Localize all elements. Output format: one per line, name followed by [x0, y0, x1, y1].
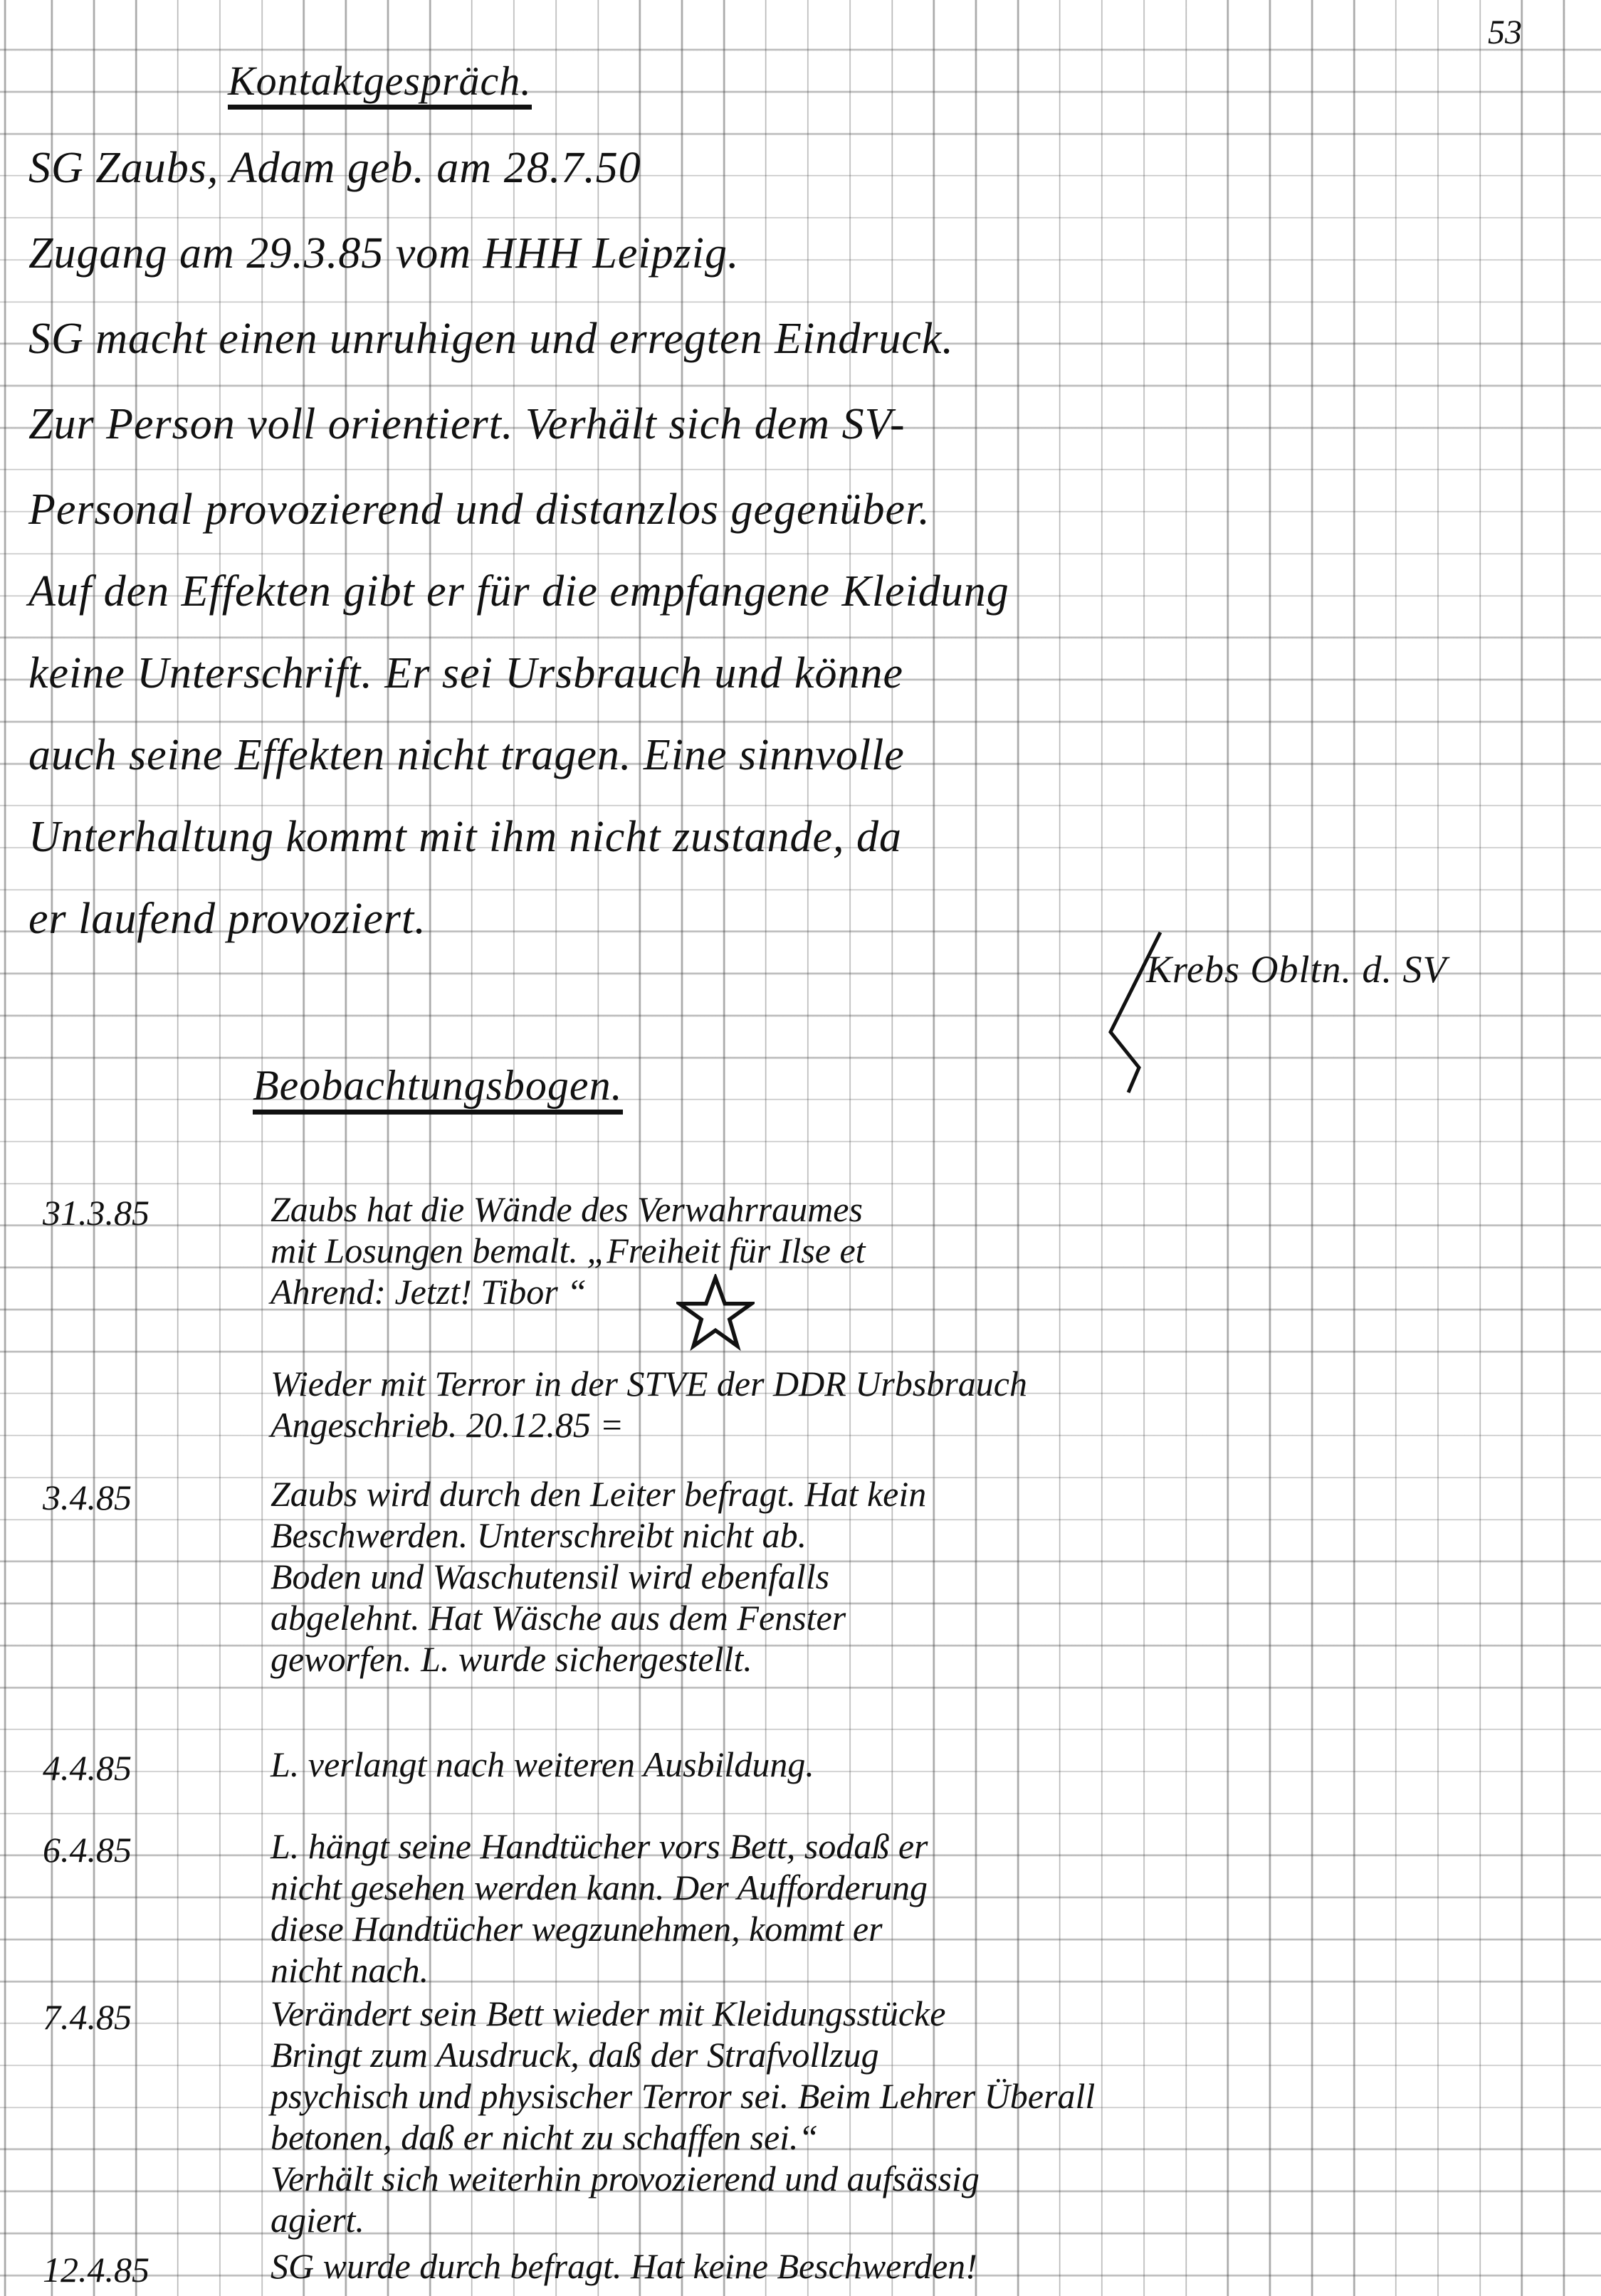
- text-line: Unterhaltung kommt mit ihm nicht zustand…: [28, 815, 902, 859]
- signature-flourish-icon: [1096, 925, 1203, 1096]
- entry-date: 6.4.85: [43, 1829, 132, 1870]
- entry-line: Angeschrieb. 20.12.85 =: [271, 1404, 624, 1446]
- text-line: Zugang am 29.3.85 vom HHH Leipzig.: [28, 231, 739, 275]
- entry-line: Boden und Waschutensil wird ebenfalls: [271, 1556, 829, 1598]
- entry-line: Bringt zum Ausdruck, daß der Strafvollzu…: [271, 2034, 879, 2076]
- entry-date: 7.4.85: [43, 1996, 132, 2038]
- entry-line: Zaubs hat die Wände des Verwahrraumes: [271, 1189, 863, 1231]
- entry-line: agiert.: [271, 2199, 364, 2241]
- entry-date: 12.4.85: [43, 2249, 149, 2290]
- entry-line: SG wurde durch befragt. Hat keine Beschw…: [271, 2245, 977, 2287]
- entry-line: diese Handtücher wegzunehmen, kommt er: [271, 1908, 883, 1950]
- text-line: keine Unterschrift. Er sei Ursbrauch und…: [28, 651, 903, 695]
- entry-line: Zaubs wird durch den Leiter befragt. Hat…: [271, 1473, 926, 1515]
- entry-line: mit Losungen bemalt. „Freiheit für Ilse …: [271, 1230, 866, 1272]
- text-line: er laufend provoziert.: [28, 897, 426, 941]
- entry-line: betonen, daß er nicht zu schaffen sei.“: [271, 2117, 818, 2159]
- entry-line: Wieder mit Terror in der STVE der DDR Ur…: [271, 1363, 1027, 1405]
- entry-line: nicht nach.: [271, 1949, 429, 1991]
- text-line: Personal provozierend und distanzlos geg…: [28, 488, 930, 532]
- text-line: Auf den Effekten gibt er für die empfang…: [28, 569, 1009, 614]
- entry-date: 31.3.85: [43, 1192, 149, 1233]
- entry-line: Ahrend: Jetzt! Tibor “: [271, 1271, 587, 1313]
- entry-date: 4.4.85: [43, 1747, 132, 1789]
- entry-line: geworfen. L. wurde sichergestellt.: [271, 1638, 752, 1680]
- page-number: 53: [1488, 13, 1522, 52]
- text-line: SG Zaubs, Adam geb. am 28.7.50: [28, 146, 641, 190]
- section-heading-beobachtungsbogen: Beobachtungsbogen.: [253, 1064, 623, 1115]
- entry-line: L. hängt seine Handtücher vors Bett, sod…: [271, 1826, 928, 1868]
- entry-line: Verändert sein Bett wieder mit Kleidungs…: [271, 1993, 945, 2035]
- entry-line: Verhält sich weiterhin provozierend und …: [271, 2158, 980, 2200]
- text-line: SG macht einen unruhigen und erregten Ei…: [28, 317, 954, 361]
- entry-date: 3.4.85: [43, 1477, 132, 1518]
- text-line: auch seine Effekten nicht tragen. Eine s…: [28, 733, 905, 777]
- entry-line: psychisch und physischer Terror sei. Bei…: [271, 2075, 1095, 2117]
- entry-line: L. verlangt nach weiteren Ausbildung.: [271, 1744, 814, 1786]
- entry-line: nicht gesehen werden kann. Der Aufforder…: [271, 1867, 928, 1909]
- section-heading-kontaktgespraech: Kontaktgespräch.: [228, 60, 532, 110]
- entry-line: abgelehnt. Hat Wäsche aus dem Fenster: [271, 1597, 846, 1639]
- star-drawing-icon: [676, 1274, 755, 1352]
- text-line: Zur Person voll orientiert. Verhält sich…: [28, 402, 906, 446]
- entry-line: Beschwerden. Unterschreibt nicht ab.: [271, 1515, 807, 1557]
